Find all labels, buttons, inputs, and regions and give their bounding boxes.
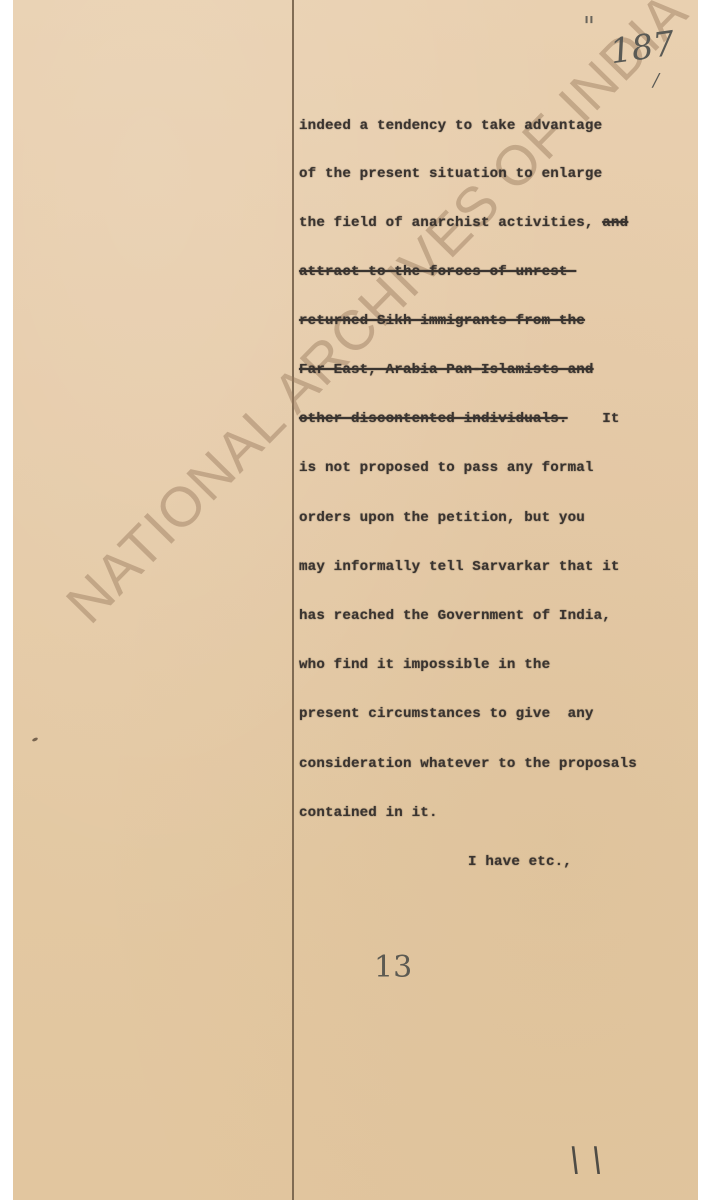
folio-mark: " xyxy=(583,12,595,42)
line-text: consideration whatever to the proposals xyxy=(299,756,637,772)
line-text: It xyxy=(568,411,620,427)
text-line-struck: returned Sikh immigrants from the xyxy=(299,312,585,330)
text-line: contained in it. xyxy=(299,804,438,822)
margin-rule xyxy=(292,0,294,1200)
line-text: has reached the Government of India, xyxy=(299,608,611,624)
line-text: contained in it. xyxy=(299,805,438,821)
document-page: NATIONAL ARCHIVES OF INDIA indeed a tend… xyxy=(13,0,698,1200)
text-line: indeed a tendency to take advantage xyxy=(299,117,602,135)
text-line: present circumstances to give any xyxy=(299,705,594,723)
line-text: present circumstances to give any xyxy=(299,706,594,722)
line-text: who find it impossible in the xyxy=(299,657,550,673)
text-line: the field of anarchist activities, and xyxy=(299,214,628,232)
closing-salutation: I have etc., xyxy=(468,853,572,871)
struck-text: attract to the forces of unrest xyxy=(299,264,576,280)
folio-number: 187 xyxy=(608,24,678,73)
line-text: orders upon the petition, but you xyxy=(299,510,585,526)
text-line: is not proposed to pass any formal xyxy=(299,459,594,477)
handwritten-page-number: 13 xyxy=(374,950,412,985)
struck-text: and xyxy=(602,215,628,231)
text-line: orders upon the petition, but you xyxy=(299,509,585,527)
text-line: consideration whatever to the proposals xyxy=(299,755,637,773)
struck-text: returned Sikh immigrants from the xyxy=(299,313,585,329)
struck-text: other discontented individuals. xyxy=(299,411,568,427)
text-line-struck: attract to the forces of unrest xyxy=(299,263,576,281)
text-line: who find it impossible in the xyxy=(299,656,550,674)
text-line: of the present situation to enlarge xyxy=(299,165,602,183)
folio-tick: / xyxy=(653,70,659,91)
handwritten-bottom-mark: \ \ xyxy=(569,1140,603,1180)
text-line-struck: other discontented individuals. It xyxy=(299,410,620,428)
text-line: may informally tell Sarvarkar that it xyxy=(299,558,620,576)
line-text: indeed a tendency to take advantage xyxy=(299,118,602,134)
text-line-struck: Far East, Arabia Pan-Islamists and xyxy=(299,361,594,379)
line-text: may informally tell Sarvarkar that it xyxy=(299,559,620,575)
line-text: the field of anarchist activities, xyxy=(299,215,594,231)
text-line: has reached the Government of India, xyxy=(299,607,611,625)
line-text: of the present situation to enlarge xyxy=(299,166,602,182)
ink-speck xyxy=(32,737,39,742)
struck-text: Far East, Arabia Pan-Islamists and xyxy=(299,362,594,378)
line-text: is not proposed to pass any formal xyxy=(299,460,594,476)
